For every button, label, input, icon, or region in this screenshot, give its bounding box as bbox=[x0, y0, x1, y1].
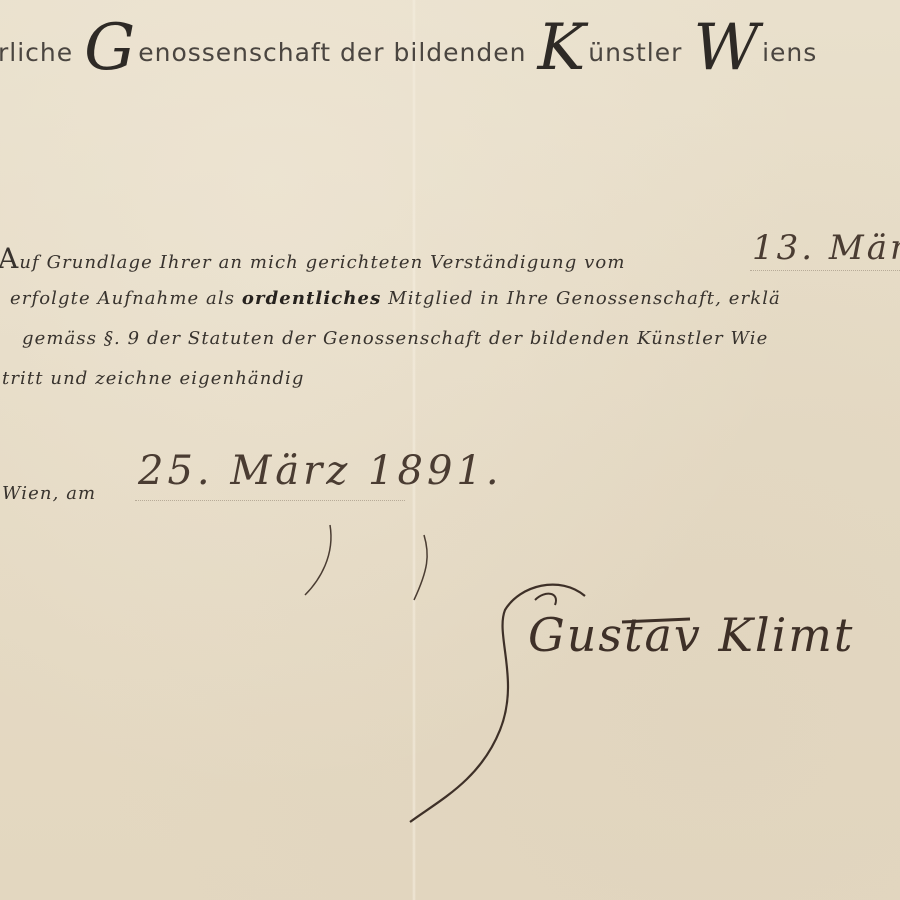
signature-flourish bbox=[0, 0, 900, 900]
signature: Gustav Klimt bbox=[528, 608, 854, 662]
